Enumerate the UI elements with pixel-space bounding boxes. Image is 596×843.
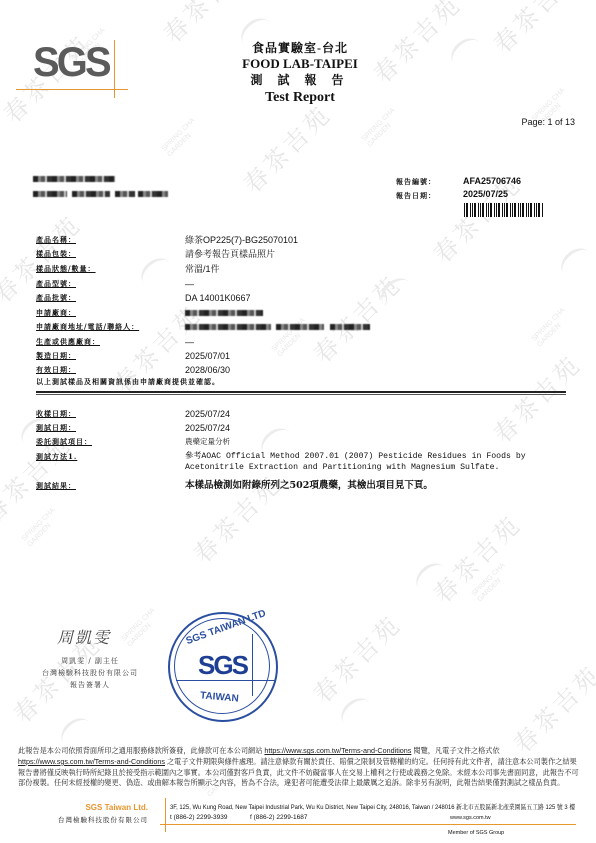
field-label: 測試方法1.	[36, 451, 77, 463]
field-test-items: 委託測試項目： 農藥定量分析	[36, 436, 566, 448]
logo-rule-vertical	[114, 40, 115, 98]
field-value: 2025/07/01	[185, 350, 230, 362]
sgs-taiwan-seal: SGS TAIWAN LTD SGS TAIWAN	[168, 612, 278, 722]
field-label: 產品批號：	[36, 292, 76, 304]
field-test-date: 測試日期： 2025/07/24	[36, 422, 566, 434]
redacted-contact	[185, 324, 271, 330]
watermark-text: 春茶吉苑	[424, 506, 528, 610]
sgs-logo: SGS	[33, 38, 109, 86]
field-applicant: 申請廠商：	[36, 307, 566, 319]
field-value: 綠茶OP225(7)-BG25070101	[185, 234, 298, 246]
field-label: 製造日期：	[36, 350, 76, 362]
signature-image: 周凱雯	[57, 625, 111, 648]
field-label: 產品名稱：	[36, 234, 76, 246]
sample-note: 以上測試樣品及相關資訊係由申請廠商提供並確認。	[36, 377, 220, 387]
report-date: 2025/07/25	[463, 189, 508, 199]
field-label: 生產或供應廠商：	[36, 336, 100, 348]
seal-center-logo: SGS	[198, 650, 247, 681]
watermark-text: 春茶吉苑	[304, 606, 408, 710]
terms-link[interactable]: https://www.sgs.com.tw/Terms-and-Conditi…	[264, 746, 411, 755]
field-label: 收樣日期：	[36, 408, 76, 420]
watermark-en: SPRING CHAGARDEN	[471, 562, 513, 604]
field-product-model: 產品型號： —	[36, 278, 566, 290]
field-expiry-date: 有效日期： 2028/06/30	[36, 364, 566, 376]
watermark-en: SPRING CHAGARDEN	[121, 607, 163, 649]
watermark-en: SPRING CHAGARDEN	[21, 507, 63, 549]
field-manufacture-date: 製造日期： 2025/07/01	[36, 350, 566, 362]
field-value: —	[185, 336, 194, 348]
footer-member: Member of SGS Group	[448, 830, 504, 836]
field-test-method: 測試方法1. 參考AOAC Official Method 2007.01 (2…	[36, 451, 566, 475]
report-number: AFA25706746	[463, 176, 521, 186]
field-label: 有效日期：	[36, 364, 76, 376]
field-value: 請參考報告頁樣品照片	[185, 248, 275, 260]
field-manufacturer: 生產或供應廠商： —	[36, 336, 566, 348]
section-divider	[36, 391, 566, 395]
field-value: DA 14001K0667	[185, 292, 251, 304]
field-applicant-contact: 申請廠商地址/電話/聯絡人：	[36, 321, 566, 333]
logo-rule-horizontal	[16, 89, 128, 90]
field-value: 本樣品檢測如附錄所列之502項農藥，其檢出項目見下頁。	[185, 480, 433, 492]
field-value: 農藥定量分析	[185, 436, 230, 448]
field-product-name: 產品名稱： 綠茶OP225(7)-BG25070101	[36, 234, 566, 246]
field-sample-packaging: 樣品包裝： 請參考報告頁樣品照片	[36, 248, 566, 260]
doc-type-en: Test Report	[180, 89, 420, 106]
barcode	[464, 203, 544, 217]
footer-fax: f (886-2) 2299-1687	[250, 814, 307, 821]
signatory-role: 報告簽署人	[30, 679, 150, 691]
report-header: 食品實驗室-台北 FOOD LAB-TAIPEI 測 試 報 告 Test Re…	[180, 40, 420, 106]
watermark-text: 春茶吉苑	[504, 656, 596, 760]
footer-rule-vertical	[165, 798, 166, 832]
doc-type-zh: 測 試 報 告	[180, 72, 420, 89]
signatory-company: 台灣檢驗科技股份有限公司	[30, 667, 150, 679]
lab-name-zh: 食品實驗室-台北	[180, 40, 420, 56]
field-lot-number: 產品批號： DA 14001K0667	[36, 292, 566, 304]
field-label: 申請廠商地址/電話/聯絡人：	[36, 321, 139, 333]
field-label: 樣品包裝：	[36, 248, 76, 260]
field-label: 測試日期：	[36, 422, 76, 434]
field-label: 測試結果：	[36, 480, 76, 492]
field-sample-condition: 樣品狀態/數量： 常溫/1件	[36, 263, 566, 275]
field-value: 常溫/1件	[185, 263, 220, 275]
footer-address: 3F, 125, Wu Kung Road, New Taipei Indust…	[170, 802, 575, 811]
field-label: 樣品狀態/數量：	[36, 263, 96, 275]
legal-disclaimer: 此報告是本公司依照背面所印之通用服務條款所簽發，此條款可在本公司網站 https…	[18, 746, 583, 789]
terms-link[interactable]: https://www.sgs.com.tw/Terms-and-Conditi…	[18, 757, 165, 766]
report-number-label: 報告編號：	[396, 177, 436, 187]
page-indicator: Page: 1 of 13	[521, 117, 575, 127]
lab-name-en: FOOD LAB-TAIPEI	[180, 56, 420, 72]
footer-company-en: SGS Taiwan Ltd.	[60, 803, 148, 812]
field-value: —	[185, 278, 194, 290]
watermark-text: 春茶吉苑	[234, 96, 338, 200]
watermark-swirl-icon	[335, 692, 378, 735]
signatory-name: 周凱雯 / 副主任	[30, 655, 150, 667]
watermark-en: SPRING CHAGARDEN	[361, 107, 403, 149]
redacted-applicant	[185, 310, 263, 316]
report-date-label: 報告日期：	[396, 191, 436, 201]
footer-phone: t (886-2) 2299-3939	[170, 814, 227, 821]
signatory-block: 周凱雯 / 副主任 台灣檢驗科技股份有限公司 報告簽署人	[30, 655, 150, 691]
watermark-text: 春茶吉苑	[484, 0, 588, 59]
field-test-result: 測試結果： 本樣品檢測如附錄所列之502項農藥，其檢出項目見下頁。	[36, 480, 566, 492]
field-value: 2028/06/30	[185, 364, 230, 376]
watermark-en: SPRING CHAGARDEN	[161, 117, 203, 159]
footer-website[interactable]: www.sgs.com.tw	[450, 815, 491, 821]
footer-company-zh: 台灣檢驗科技股份有限公司	[30, 815, 148, 824]
field-label: 申請廠商：	[36, 307, 76, 319]
field-received-date: 收樣日期： 2025/07/24	[36, 408, 566, 420]
footer-rule-horizontal	[160, 824, 576, 825]
field-value: 2025/07/24	[185, 422, 230, 434]
field-label: 產品型號：	[36, 278, 76, 290]
field-value: 參考AOAC Official Method 2007.01 (2007) Pe…	[185, 451, 565, 473]
watermark-swirl-icon	[445, 32, 488, 75]
field-label: 委託測試項目：	[36, 436, 92, 448]
watermark-swirl-icon	[410, 557, 453, 600]
field-value: 2025/07/24	[185, 408, 230, 420]
